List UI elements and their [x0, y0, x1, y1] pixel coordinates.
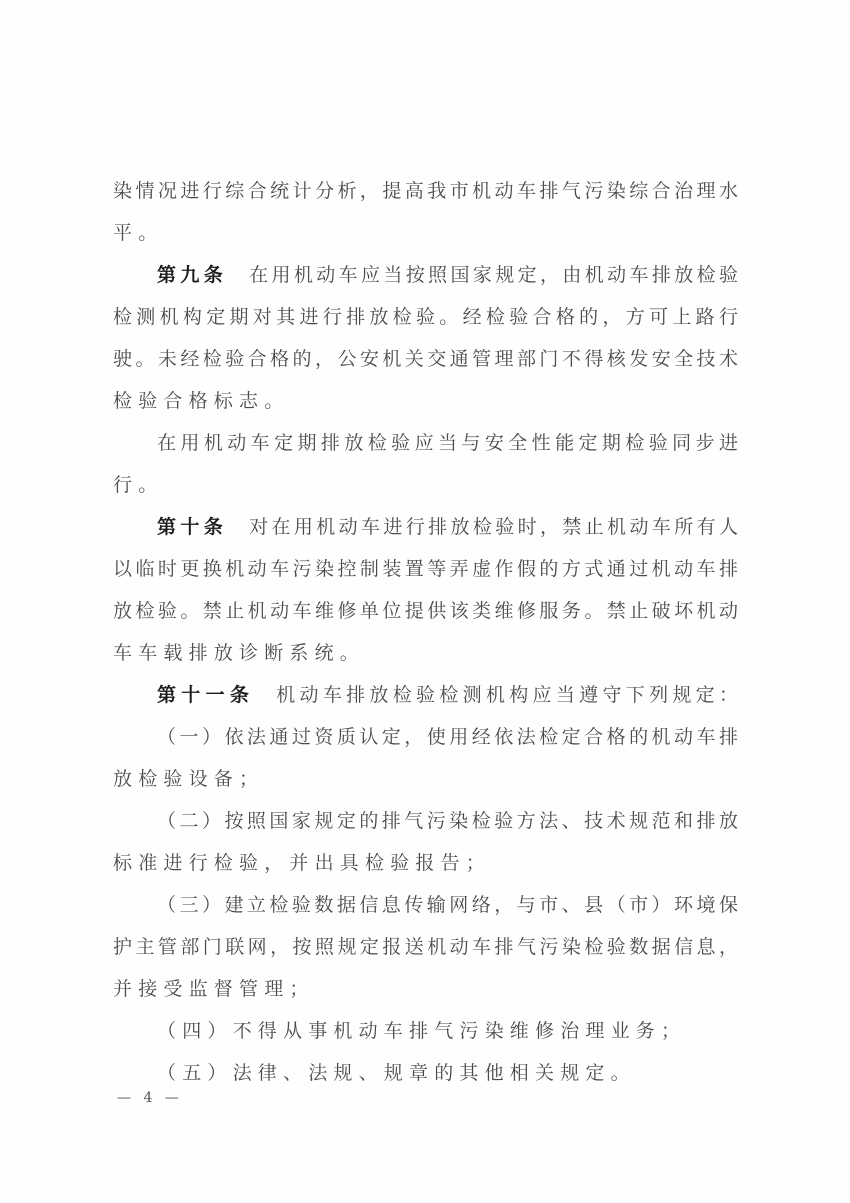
list-item-1-line: （一）依法通过资质认定，使用经依法检定合格的机动车排	[113, 716, 738, 758]
article-9-line: 第九条在用机动车应当按照国家规定，由机动车排放检验	[113, 254, 738, 296]
article-10-heading: 第十条	[157, 516, 227, 538]
paragraph-line: 以临时更换机动车污染控制装置等弄虚作假的方式通过机动车排	[113, 548, 738, 590]
article-10-line: 第十条对在用机动车进行排放检验时，禁止机动车所有人	[113, 506, 738, 548]
paragraph-line: 平。	[113, 212, 738, 254]
paragraph-line: 在用机动车定期排放检验应当与安全性能定期检验同步进	[113, 422, 738, 464]
paragraph-line: 标准进行检验，并出具检验报告；	[113, 842, 738, 884]
list-item-5-line: （五）法律、法规、规章的其他相关规定。	[113, 1052, 738, 1094]
article-9-heading: 第九条	[157, 264, 227, 286]
paragraph-line: 车车载排放诊断系统。	[113, 632, 738, 674]
list-item-2-line: （二）按照国家规定的排气污染检验方法、技术规范和排放	[113, 800, 738, 842]
paragraph-line: 护主管部门联网，按照规定报送机动车排气污染检验数据信息，	[113, 926, 738, 968]
article-9-text: 在用机动车应当按照国家规定，由机动车排放检验	[249, 264, 738, 286]
article-11-text: 机动车排放检验检测机构应当遵守下列规定：	[276, 684, 738, 706]
document-body: 染情况进行综合统计分析，提高我市机动车排气污染综合治理水 平。 第九条在用机动车…	[113, 170, 738, 1094]
paragraph-line: 放检验设备；	[113, 758, 738, 800]
paragraph-line: 染情况进行综合统计分析，提高我市机动车排气污染综合治理水	[113, 170, 738, 212]
paragraph-line: 检验合格标志。	[113, 380, 738, 422]
paragraph-line: 并接受监督管理；	[113, 968, 738, 1010]
article-11-line: 第十一条机动车排放检验检测机构应当遵守下列规定：	[113, 674, 738, 716]
document-page: 染情况进行综合统计分析，提高我市机动车排气污染综合治理水 平。 第九条在用机动车…	[0, 0, 850, 1203]
list-item-3-line: （三）建立检验数据信息传输网络，与市、县（市）环境保	[113, 884, 738, 926]
page-number: — 4 —	[117, 1090, 183, 1106]
paragraph-line: 行。	[113, 464, 738, 506]
paragraph-line: 检测机构定期对其进行排放检验。经检验合格的，方可上路行	[113, 296, 738, 338]
list-item-4-line: （四）不得从事机动车排气污染维修治理业务；	[113, 1010, 738, 1052]
article-10-text: 对在用机动车进行排放检验时，禁止机动车所有人	[249, 516, 738, 538]
paragraph-line: 放检验。禁止机动车维修单位提供该类维修服务。禁止破坏机动	[113, 590, 738, 632]
article-11-heading: 第十一条	[157, 684, 254, 706]
paragraph-line: 驶。未经检验合格的，公安机关交通管理部门不得核发安全技术	[113, 338, 738, 380]
